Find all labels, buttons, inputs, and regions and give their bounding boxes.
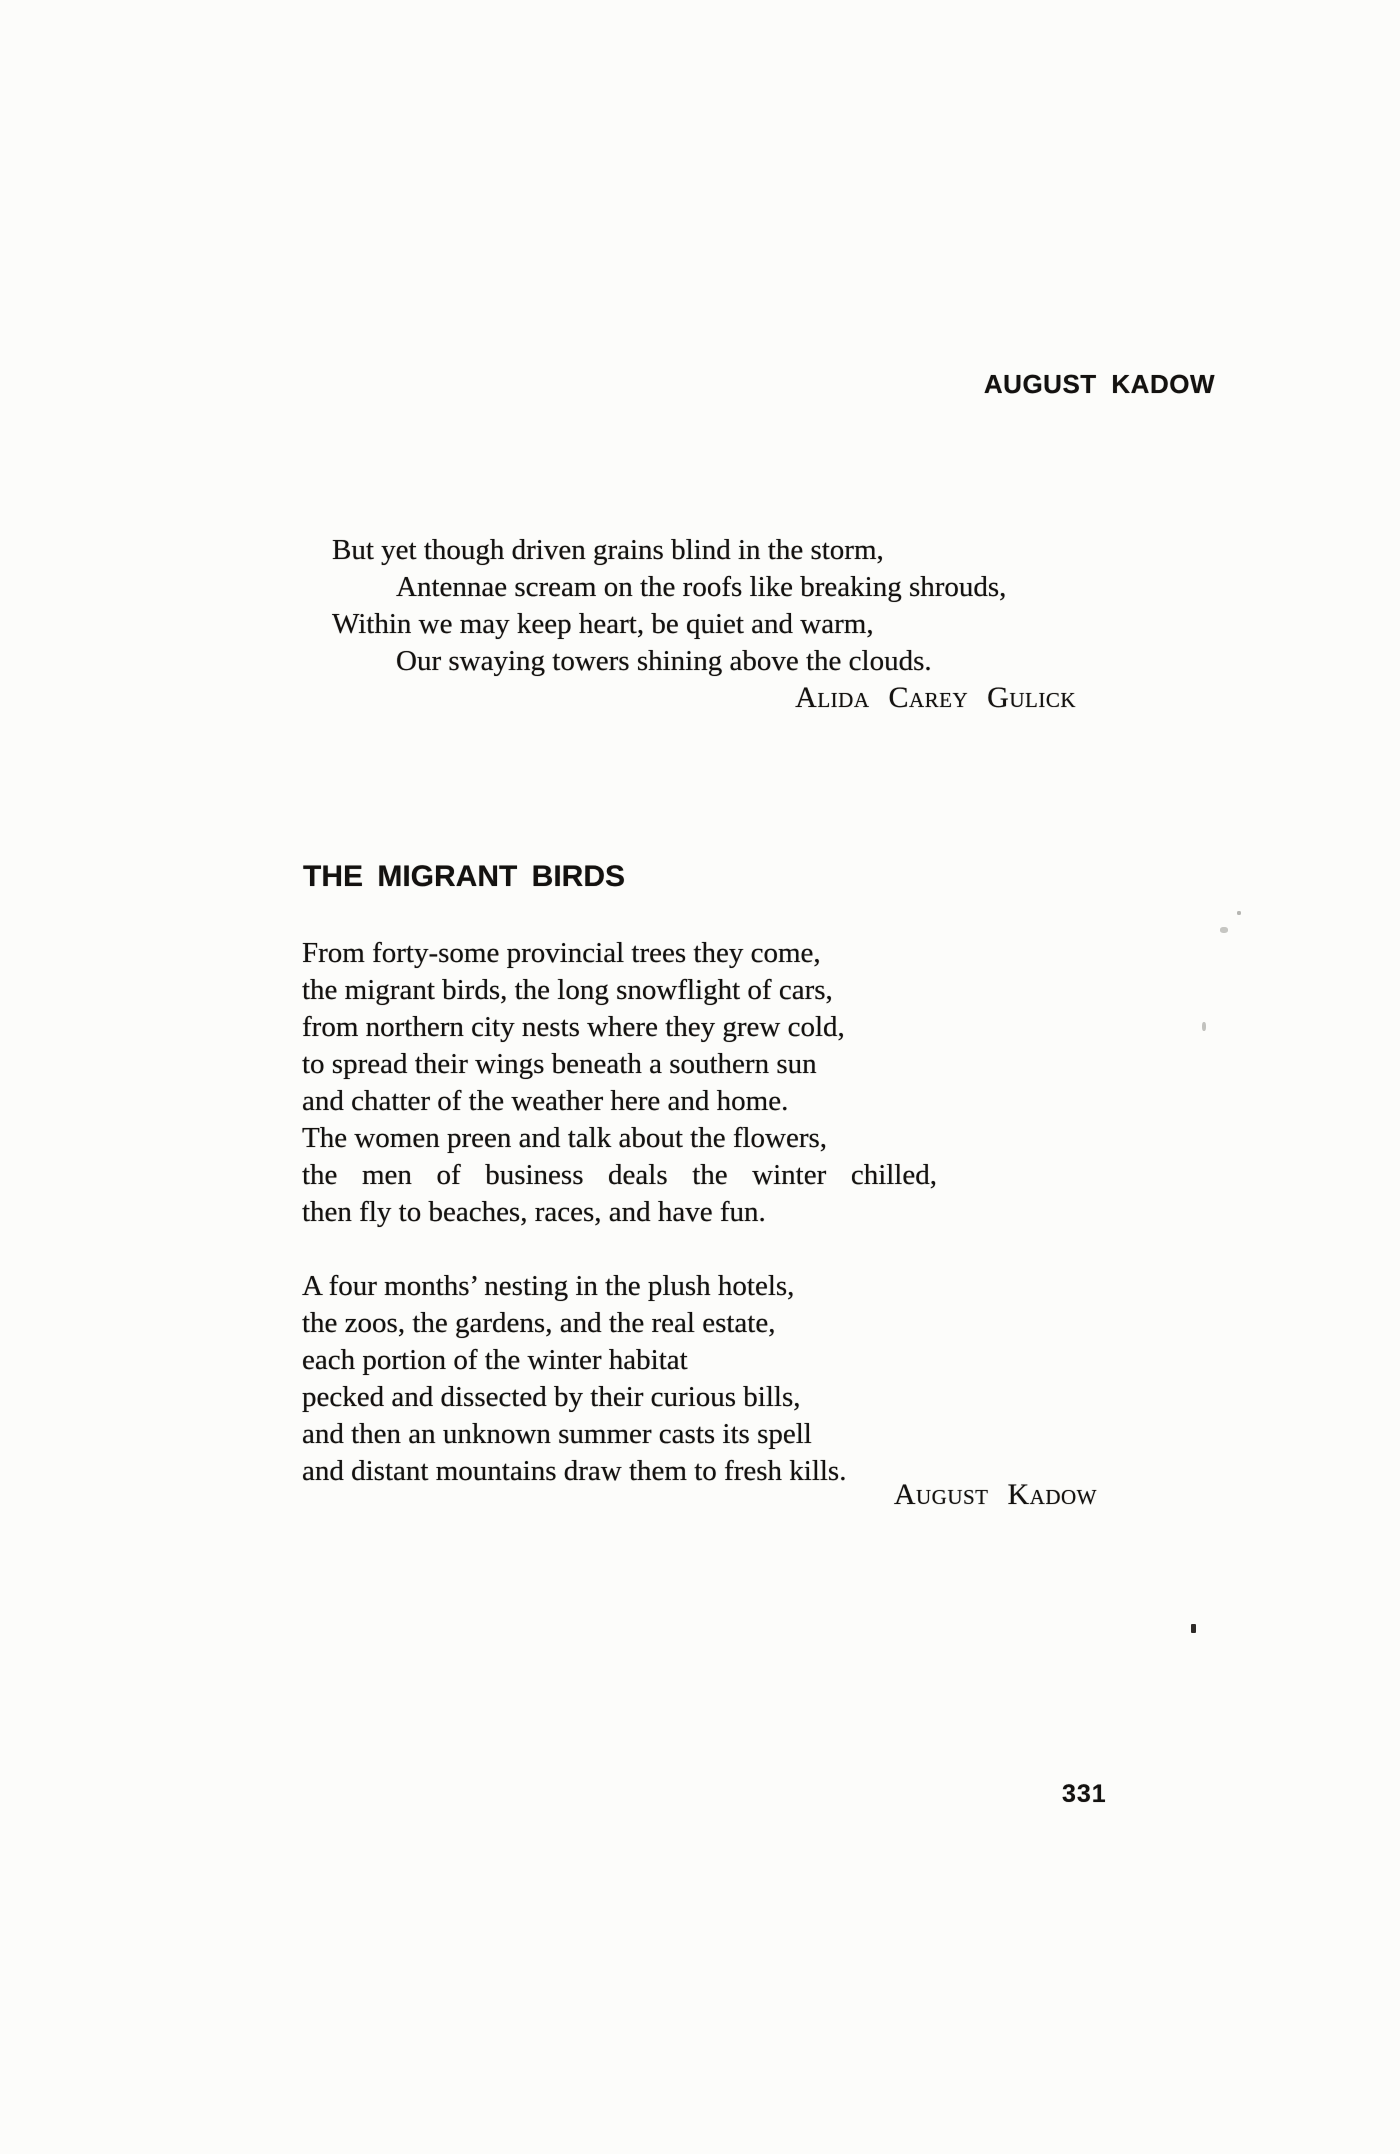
poem-title: THE MIGRANT BIRDS: [303, 860, 625, 894]
poem-line: and chatter of the weather here and home…: [302, 1083, 937, 1120]
poem-line: The women preen and talk about the flowe…: [302, 1120, 937, 1157]
poem-line: the migrant birds, the long snowflight o…: [302, 972, 937, 1009]
poem-line: each portion of the winter habitat: [302, 1342, 846, 1379]
poem-line: Our swaying towers shining above the clo…: [332, 643, 1006, 680]
poem-stanza-2: A four months’ nesting in the plush hote…: [302, 1268, 846, 1490]
book-page: AUGUST KADOW But yet though driven grain…: [0, 0, 1400, 2154]
previous-poem-attribution: Alida Carey Gulick: [795, 682, 1076, 714]
poem-line: to spread their wings beneath a southern…: [302, 1046, 937, 1083]
scan-speck: [1191, 1624, 1196, 1633]
poem-line: and then an unknown summer casts its spe…: [302, 1416, 846, 1453]
previous-poem: But yet though driven grains blind in th…: [332, 532, 1006, 680]
page-number: 331: [1062, 1780, 1107, 1809]
poem-line: pecked and dissected by their curious bi…: [302, 1379, 846, 1416]
poem-line: the men of business deals the winter chi…: [302, 1157, 937, 1194]
poem-line: But yet though driven grains blind in th…: [332, 532, 1006, 569]
poem-line: From forty-some provincial trees they co…: [302, 935, 937, 972]
poem-line: Within we may keep heart, be quiet and w…: [332, 606, 1006, 643]
poem-line: from northern city nests where they grew…: [302, 1009, 937, 1046]
poem-line: and distant mountains draw them to fresh…: [302, 1453, 846, 1490]
poem-line: the zoos, the gardens, and the real esta…: [302, 1305, 846, 1342]
poem-stanza-1: From forty-some provincial trees they co…: [302, 935, 937, 1231]
poem-line: A four months’ nesting in the plush hote…: [302, 1268, 846, 1305]
running-header: AUGUST KADOW: [984, 369, 1215, 400]
scan-speck: [1202, 1022, 1206, 1031]
poem-line: then fly to beaches, races, and have fun…: [302, 1194, 937, 1231]
poem-line: Antennae scream on the roofs like breaki…: [332, 569, 1006, 606]
scan-speck: [1220, 927, 1228, 933]
poem-attribution: August Kadow: [894, 1479, 1097, 1511]
scan-speck: [1237, 911, 1241, 915]
